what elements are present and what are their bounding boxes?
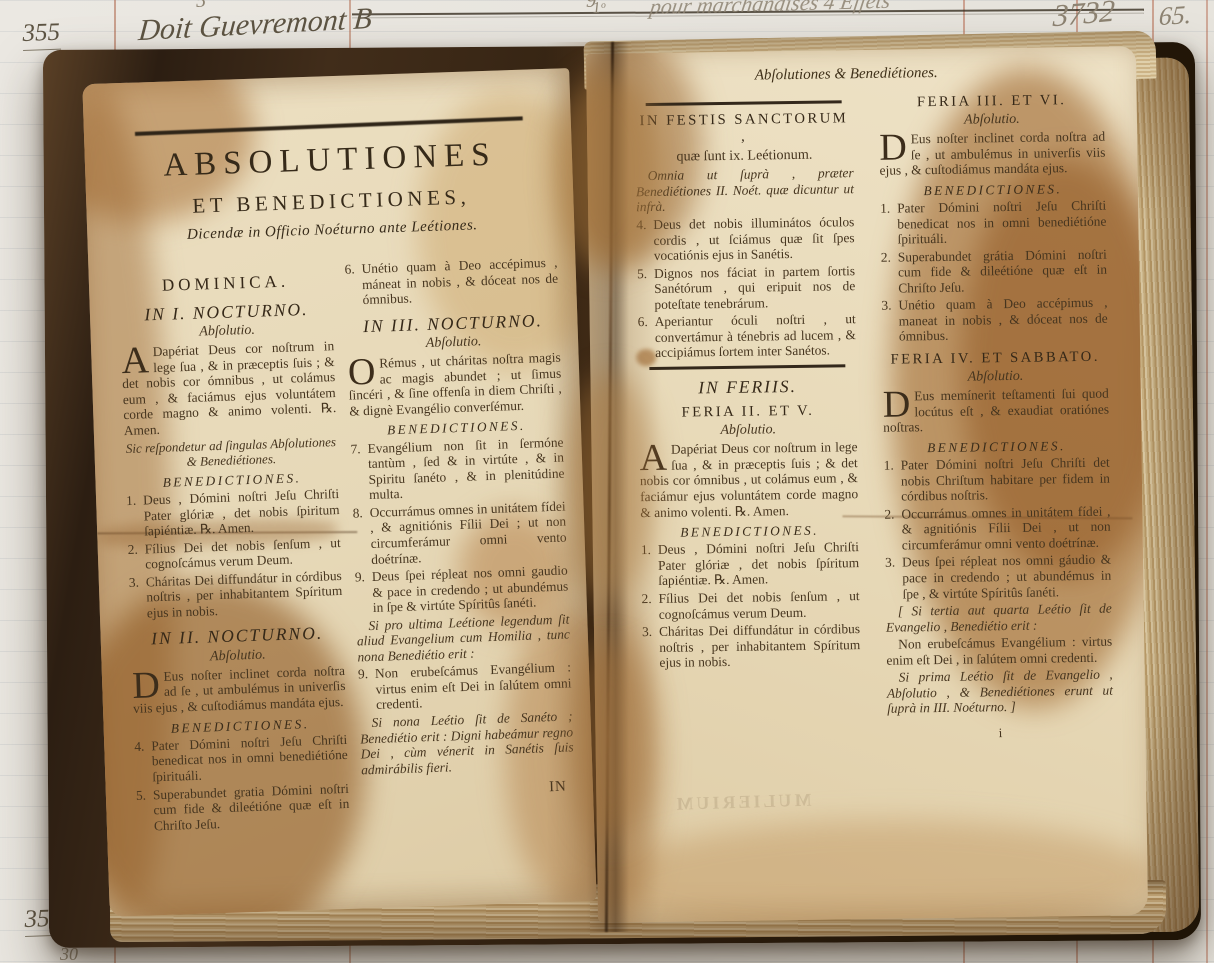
text-run: Abſolutio. — [964, 112, 1020, 128]
dropcap: O — [348, 358, 376, 388]
text-run: Fílius Dei det nobis ſenſum , ut cognoſc… — [658, 588, 859, 621]
text-run: Unétio quam à Deo accépimus , maneat in … — [898, 295, 1107, 344]
text-block: ADapériat Deus cor noſtrum in lege ſua ,… — [121, 338, 337, 438]
text-run: Superabundet grátia Dómini noſtri cum fi… — [898, 246, 1107, 295]
text-block: 4.Deus det nobis illuminátos óculos cord… — [636, 214, 855, 264]
text-block: BENEDICTIONES. — [883, 437, 1109, 455]
text-block: 3.Unétio quam à Deo accépimus , maneat i… — [881, 295, 1108, 345]
text-run: Omnia ut ſuprà , præter Benediétiones II… — [636, 165, 854, 214]
text-run: Abſolutio. — [199, 323, 255, 340]
text-block: 3.Cháritas Dei diffundátur in córdibus n… — [642, 621, 861, 671]
item-number: 3. — [642, 624, 652, 640]
text-block: i — [887, 723, 1113, 741]
text-block: Si prima Leétio ſit de Evangelio , Abſol… — [887, 667, 1114, 717]
text-block: DOMINICA. — [119, 270, 333, 297]
text-block: Omnia ut ſuprà , præter Benediétiones II… — [636, 165, 855, 215]
text-block: 1.Deus , Dómini noſtri Jeſu Chriſti Pate… — [126, 486, 340, 540]
text-block: Sic reſpondetur ad ſingulas Abſolutiones… — [124, 434, 338, 471]
dropcap: D — [132, 671, 160, 701]
handwriting-mark: 1ᵒ — [592, 0, 606, 18]
text-block: Si pro ultima Leétione legendum ſit aliu… — [356, 611, 570, 665]
text-run: BENEDICTIONES. — [162, 470, 301, 490]
text-run: FERIA II. ET V. — [681, 403, 814, 421]
page-title: ABSOLUTIONES — [114, 135, 545, 186]
item-number: 9. — [358, 666, 369, 682]
text-block: DEus noſter inclinet corda noſtra ad ſe … — [132, 663, 346, 717]
text-run: quæ ſunt ix. Leétionum. — [676, 147, 812, 165]
text-block: 3.Cháritas Dei diffundátur in córdibus n… — [129, 568, 343, 622]
handwriting-entry-number-top: 355 — [22, 19, 61, 51]
text-block: BENEDICTIONES. — [641, 522, 859, 540]
text-run: Dapériat Deus cor noſtrum in lege ſua , … — [640, 439, 858, 519]
text-block: DEus noſter inclinet corda noſtra ad ſe … — [879, 129, 1106, 179]
text-block: 7.Evangélium non ſit in ſermóne tantùm ,… — [350, 434, 565, 503]
title-rule — [135, 116, 523, 135]
item-number: 2. — [128, 541, 139, 557]
item-number: 5. — [637, 266, 647, 282]
text-block: 5.Superabundet gratia Dómini noſtri cum … — [136, 780, 350, 834]
item-number: 6. — [344, 261, 355, 277]
running-header: Abſolutiones & Benediétiones. — [686, 64, 1006, 85]
text-block: 6.Unétio quam à Deo accépimus , máneat i… — [344, 255, 558, 309]
page-subtitle: ET BENEDICTIONES, — [116, 181, 547, 220]
text-run: Cháritas Dei diffundátur in córdibus noſ… — [146, 568, 343, 621]
text-block: FERIA II. ET V. — [639, 402, 857, 422]
text-block: 9.Non erubeſcámus Evangélium : virtus en… — [358, 660, 572, 714]
item-number: 4. — [134, 738, 145, 754]
text-run: Deus , Dómini noſtri Jeſu Chriſti Pater … — [658, 539, 859, 588]
text-run: FERIA III. ET VI. — [917, 92, 1067, 110]
text-run: Eus noſter inclinet corda noſtra ad ſe ,… — [133, 663, 346, 716]
text-run: Deus , Dómini noſtri Jeſu Chriſti Pater … — [143, 486, 340, 539]
text-block: quæ ſunt ix. Leétionum. — [635, 146, 853, 166]
text-run: DOMINICA. — [162, 272, 290, 295]
handwriting-amount-top: 3732 — [1052, 0, 1116, 34]
right-page-column-2: FERIA III. ET VI.Abſolutio.DEus noſter i… — [878, 85, 1113, 744]
text-run: Occurrámus omnes in unitátem fídei , & a… — [901, 503, 1110, 552]
item-number: 6. — [638, 314, 648, 330]
item-number: 2. — [881, 249, 891, 265]
text-block: ADapériat Deus cor noſtrum in lege ſua ,… — [639, 439, 858, 520]
text-run: Abſolutio. — [968, 369, 1024, 385]
dropcap: D — [879, 134, 907, 163]
item-number: 7. — [350, 441, 361, 457]
right-page: Abſolutiones & Benediétiones. MULIERIUM … — [586, 46, 1148, 923]
text-run: BENEDICTIONES. — [680, 523, 819, 540]
text-run: IN II. NOCTURNO. — [151, 623, 324, 649]
item-number: 8. — [352, 505, 363, 521]
item-number: 9. — [355, 569, 366, 585]
item-number: 3. — [885, 555, 895, 571]
text-run: Dapériat Deus cor noſtrum in lege ſua , … — [122, 338, 336, 438]
text-run: IN FERIIS. — [698, 376, 797, 397]
left-page-column-1: DOMINICA.IN I. NOCTURNO.Abſolutio.ADapér… — [118, 262, 350, 836]
bleed-through-text: MULIERIUM — [642, 789, 843, 816]
text-block: Non erubeſcámus Evangélium : virtus enim… — [886, 634, 1112, 668]
left-page: ABSOLUTIONES ET BENEDICTIONES, Dicendæ i… — [82, 68, 596, 917]
text-run: BENEDICTIONES. — [171, 716, 310, 736]
text-run: Si pro ultima Leétione legendum ſit aliu… — [357, 611, 570, 664]
text-block: FERIA III. ET VI. — [879, 92, 1105, 112]
text-run: BENEDICTIONES. — [387, 418, 526, 438]
text-run: BENEDICTIONES. — [923, 181, 1062, 198]
text-run: Aperiantur óculi noſtri , ut convertámur… — [655, 311, 856, 360]
column-rule — [649, 364, 845, 370]
text-block: DEus memínerit teſtamenti ſui quod locút… — [883, 386, 1110, 436]
handwriting-cents-top: 65. — [1158, 0, 1193, 32]
text-run: Rémus , ut cháritas noſtra magis ac magi… — [349, 350, 562, 419]
right-page-column-1: IN FESTIS SANCTORUM ,quæ ſunt ix. Leétio… — [635, 94, 861, 673]
photograph-of-open-book-on-ledger: { "palette": { "ledger_paper": "#e8e5df"… — [0, 0, 1214, 963]
item-number: 3. — [881, 298, 891, 314]
text-run: i — [999, 725, 1003, 740]
text-run: Cháritas Dei diffundátur in córdibus noſ… — [659, 621, 860, 670]
text-block: 2.Superabundet grátia Dómini noſtri cum … — [881, 246, 1108, 296]
text-run: FERIA IV. ET SABBATO. — [890, 349, 1100, 368]
text-run: Abſolutio. — [720, 422, 776, 438]
text-block: 2.Fílius Dei det nobis ſenſum , ut cogno… — [128, 535, 342, 573]
text-block: IN — [362, 779, 575, 803]
text-run: Superabundet gratia Dómini noſtri cum fi… — [153, 780, 350, 833]
text-run: Eus noſter inclinet corda noſtra ad ſe ,… — [880, 129, 1106, 178]
left-page-title-block: ABSOLUTIONES ET BENEDICTIONES, Dicendæ i… — [114, 117, 548, 246]
text-block: 4.Pater Dómini noſtri Jeſu Chriſti bened… — [134, 732, 348, 786]
dropcap: A — [121, 347, 149, 377]
column-rule — [646, 100, 842, 106]
text-run: Occurrámus omnes in unitátem fídei , & a… — [369, 498, 566, 566]
text-block: 8.Occurrámus omnes in unitátem fídei , &… — [352, 498, 567, 567]
text-block: 3.Deus ſpei répleat nos omni gáudio & pa… — [885, 552, 1112, 602]
item-number: 5. — [136, 787, 147, 803]
text-run: IN III. NOCTURNO. — [363, 310, 543, 336]
text-run: [ Si tertia aut quarta Leétio ſit de Eva… — [886, 601, 1112, 635]
item-number: 4. — [636, 217, 646, 233]
dropcap: D — [883, 391, 911, 420]
item-number: 1. — [126, 493, 137, 509]
text-block: 2.Fílius Dei det nobis ſenſum , ut cogno… — [641, 588, 859, 622]
item-number: 1. — [641, 542, 651, 558]
text-block: 5.Dignos nos fáciat in partem ſortis San… — [637, 263, 856, 313]
text-run: Pater Dómini noſtri Jeſu Chriſti benedic… — [897, 198, 1106, 247]
text-block: 2.Occurrámus omnes in unitátem fídei , &… — [884, 503, 1111, 553]
text-run: Unétio quam à Deo accépimus , máneat in … — [361, 255, 558, 308]
text-block: 1.Pater Dómini noſtri Jeſu Chriſti bened… — [880, 198, 1107, 248]
text-run: IN FESTIS SANCTORUM , — [639, 110, 848, 144]
text-run: Abſolutio. — [210, 647, 266, 664]
text-run: Si prima Leétio ſit de Evangelio , Abſol… — [887, 667, 1113, 716]
text-run: IN I. NOCTURNO. — [144, 299, 309, 324]
text-block: 6.Aperiantur óculi noſtri , ut convertám… — [638, 311, 857, 361]
text-run: Pater Dómini noſtri Jeſu Chriſti det nob… — [901, 455, 1110, 504]
left-page-column-2: 6.Unétio quam à Deo accépimus , máneat i… — [344, 255, 575, 805]
page-rubric: Dicendæ in Officio Noéturno ante Leétion… — [117, 214, 547, 245]
item-number: 2. — [884, 506, 894, 522]
text-block: Abſolutio. — [639, 421, 857, 440]
text-run: Si nona Leétio ſit de Sanéto ; Benediéti… — [360, 708, 574, 777]
ledger-column-line — [1206, 0, 1208, 963]
text-run: Dignos nos fáciat in partem ſortis Sanét… — [654, 263, 855, 312]
text-run: Deus det nobis illuminátos óculos cordis… — [653, 214, 854, 263]
text-block: ORémus , ut cháritas noſtra magis ac mag… — [348, 350, 563, 419]
stain — [597, 816, 1148, 923]
dropcap: A — [639, 444, 667, 473]
item-number: 1. — [880, 201, 890, 217]
text-block: IN FERIIS. — [638, 375, 856, 398]
text-run: Sic reſpondetur ad ſingulas Abſolutiones… — [126, 434, 337, 469]
text-block: Si nona Leétio ſit de Sanéto ; Benediéti… — [359, 708, 574, 777]
text-run: Deus ſpei répleat nos omni gáudio & pace… — [902, 552, 1111, 601]
text-run: Deus ſpei répleat nos omni gaudio & pace… — [372, 563, 569, 616]
text-run: Eus memínerit teſtamenti ſui quod locútu… — [883, 386, 1109, 435]
item-number: 1. — [884, 458, 894, 474]
text-run: Evangélium non ſit in ſermóne tantùm , ſ… — [367, 434, 564, 502]
text-block: FERIA IV. ET SABBATO. — [882, 349, 1108, 369]
item-number: 3. — [129, 574, 140, 590]
text-block: 1.Deus , Dómini noſtri Jeſu Chriſti Pate… — [641, 539, 860, 589]
text-run: Non erubeſcámus Evangélium : virtus enim… — [375, 660, 572, 713]
text-run: Fílius Dei det nobis ſenſum , ut cognoſc… — [145, 535, 341, 572]
text-run: Non erubeſcámus Evangélium : virtus enim… — [886, 634, 1112, 668]
text-block: BENEDICTIONES. — [880, 180, 1106, 198]
text-block: Abſolutio. — [882, 368, 1108, 387]
text-run: BENEDICTIONES. — [927, 438, 1066, 455]
item-number: 2. — [641, 591, 651, 607]
text-block: Abſolutio. — [879, 111, 1105, 130]
text-run: IN — [549, 779, 567, 796]
text-block: 9.Deus ſpei répleat nos omni gaudio & pa… — [355, 563, 569, 617]
text-block: 1.Pater Dómini noſtri Jeſu Chriſti det n… — [884, 455, 1111, 505]
text-block: IN FESTIS SANCTORUM , — [635, 110, 853, 147]
text-run: Abſolutio. — [426, 334, 482, 351]
text-run: Pater Dómini noſtri Jeſu Chriſti benedic… — [151, 732, 348, 785]
text-block: [ Si tertia aut quarta Leétio ſit de Eva… — [886, 601, 1112, 635]
